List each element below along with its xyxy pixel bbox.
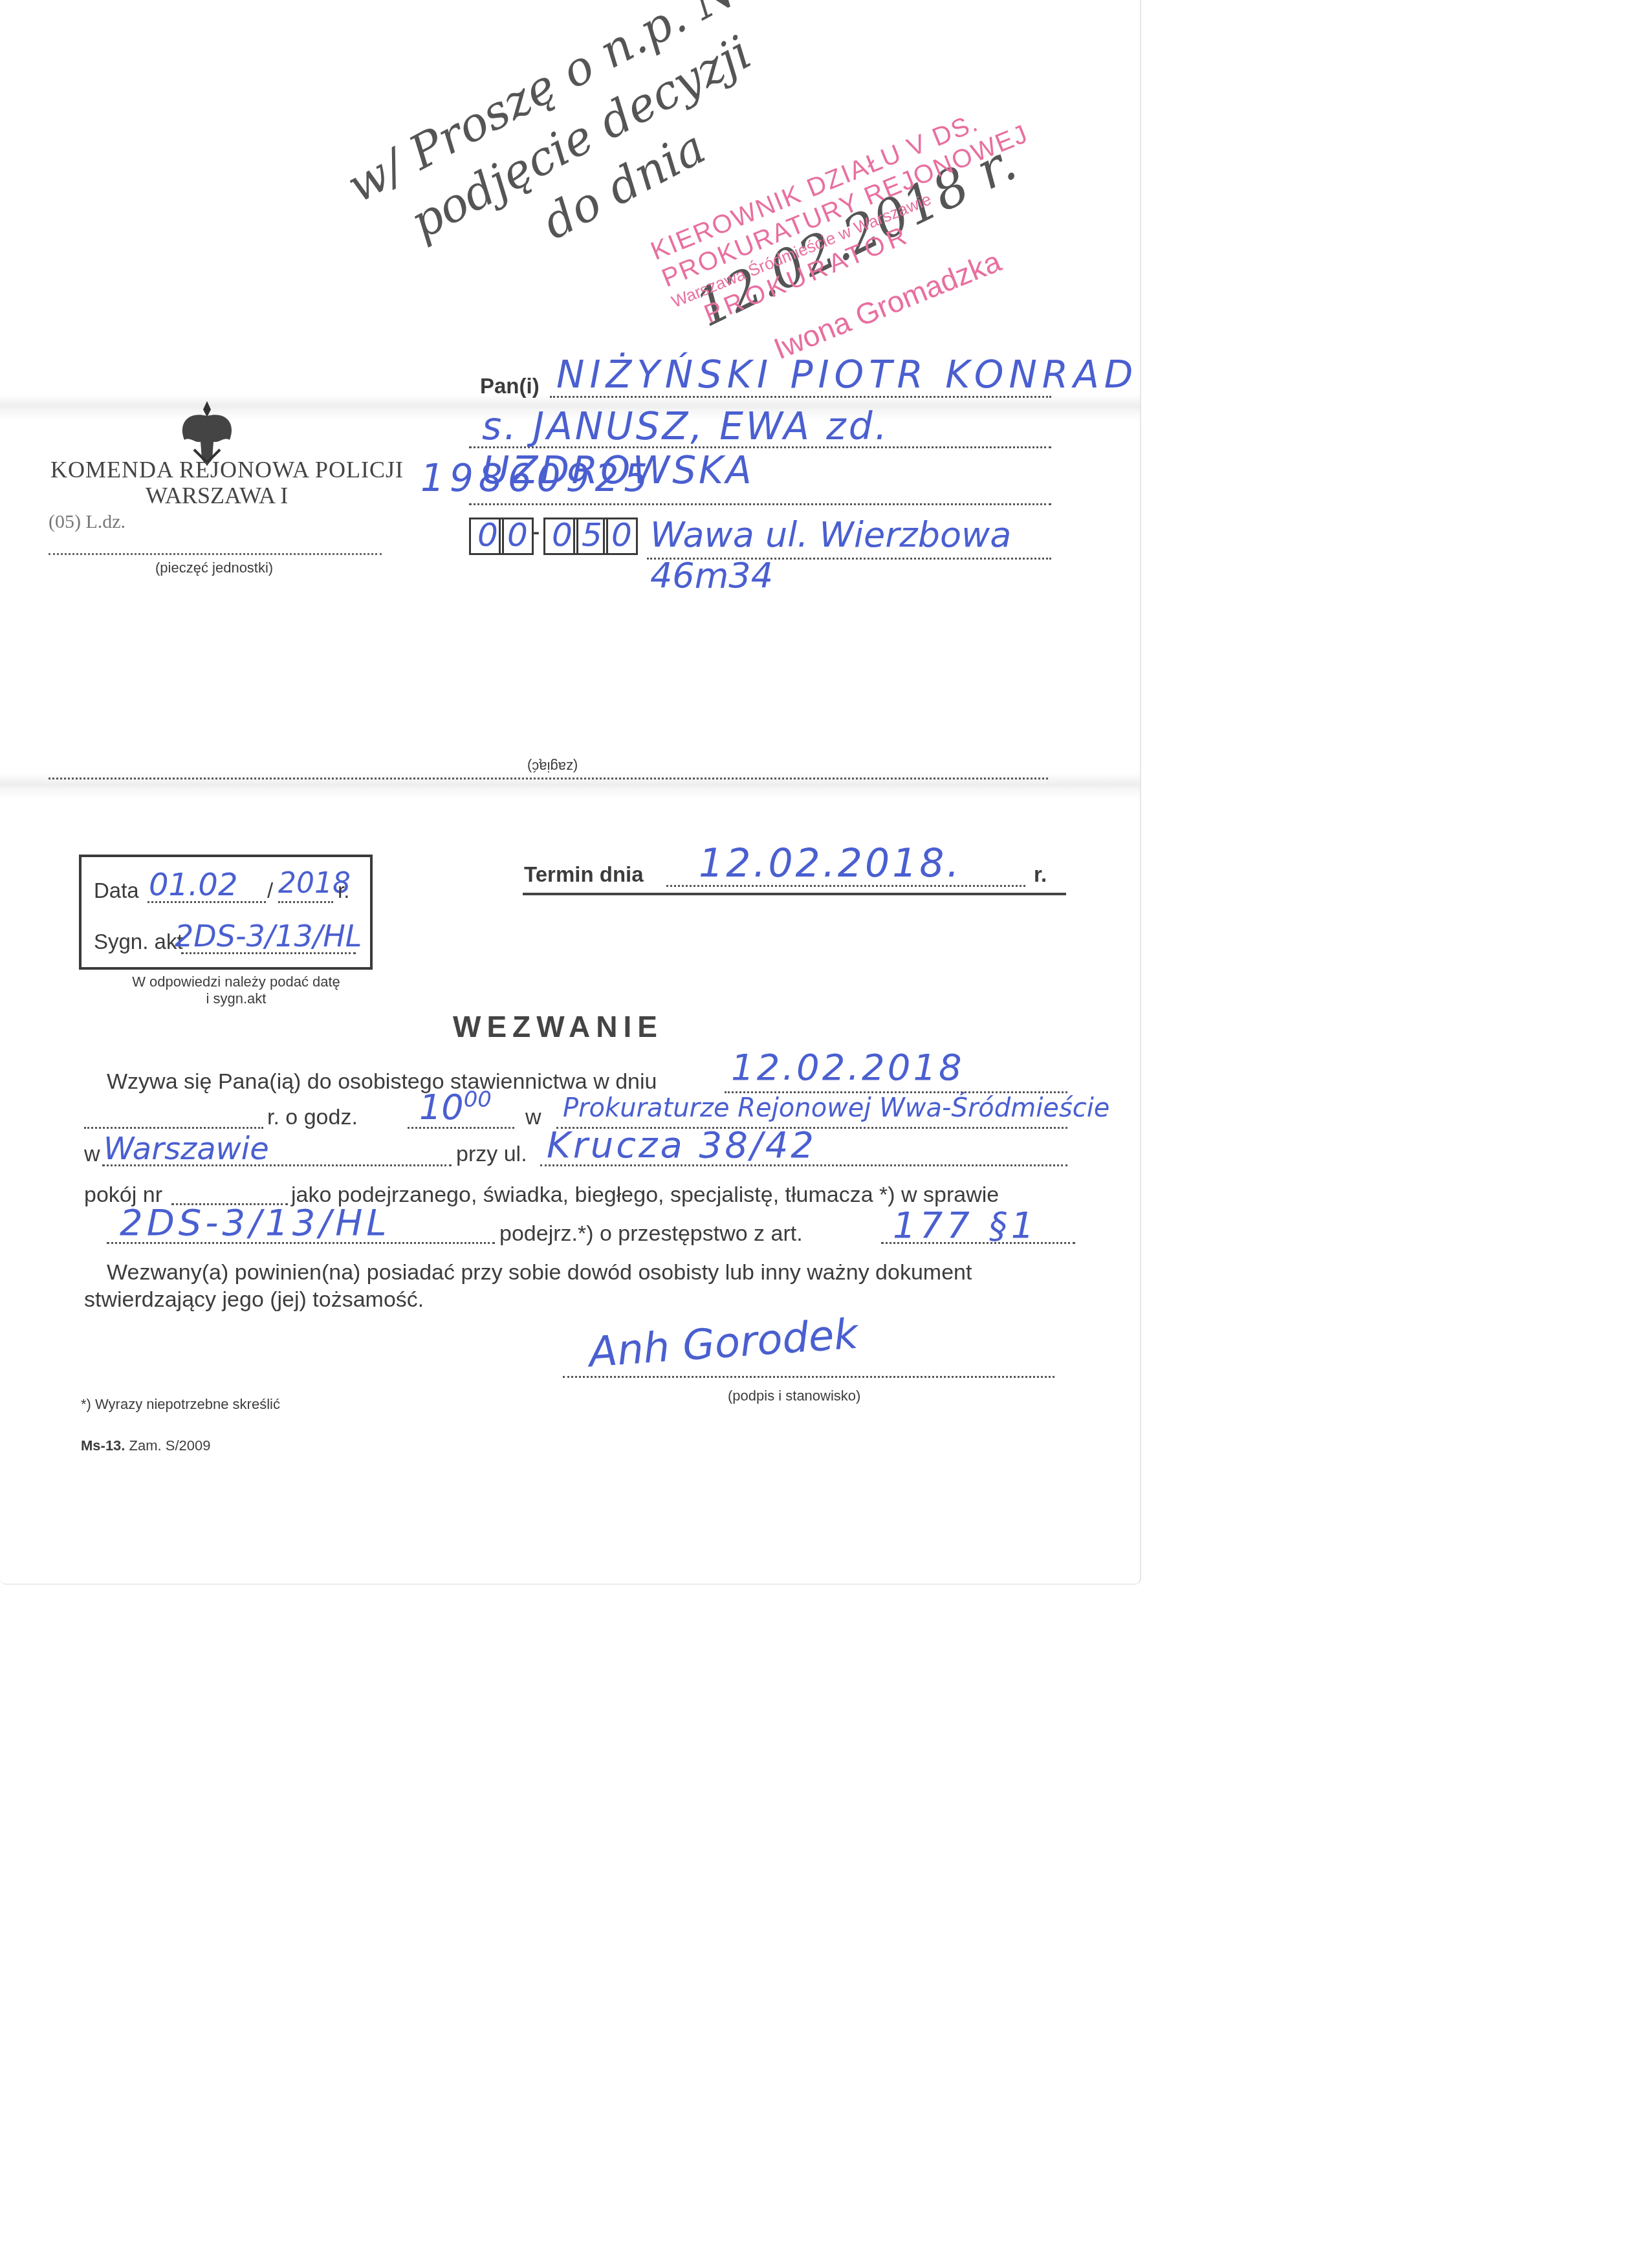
sygn-value: 2DS-3/13/HL bbox=[175, 919, 362, 954]
offence-text: podejrz.*) o przestępstwo z art. bbox=[499, 1221, 803, 1247]
addressee-line bbox=[469, 503, 1051, 505]
stamp-caption: (pieczęć jednostki) bbox=[155, 560, 273, 576]
summons-document: w/ Proszę o n.p. Niżyński podjęcie decyz… bbox=[0, 0, 1141, 1585]
fold-shadow bbox=[0, 773, 1140, 799]
termin-underline bbox=[523, 893, 1066, 895]
body-line2-dots bbox=[84, 1127, 263, 1129]
stamp-line bbox=[49, 553, 382, 555]
case-number: 2DS-3/13/HL bbox=[120, 1202, 390, 1244]
police-stamp-line3: (05) L.dz. bbox=[49, 511, 126, 533]
id-notice-line1: Wezwany(a) powinien(na) posiadać przy so… bbox=[107, 1260, 972, 1285]
fold-line bbox=[49, 778, 1048, 780]
page-title: WEZWANIE bbox=[453, 1009, 663, 1044]
termin-value: 12.02.2018. bbox=[699, 841, 962, 886]
sygn-label: Sygn. akt bbox=[94, 930, 183, 954]
footnote: *) Wyrazy niepotrzebne skreślić bbox=[81, 1396, 280, 1413]
termin-label: Termin dnia bbox=[524, 862, 644, 887]
appearance-street: Krucza 38/42 bbox=[547, 1124, 816, 1166]
id-notice-line2: stwierdzający jego (jej) tożsamość. bbox=[84, 1287, 424, 1313]
year-line bbox=[278, 901, 333, 903]
addressee-name: NIŻYŃSKI PIOTR KONRAD bbox=[556, 353, 1139, 397]
signature: Anh Gorodek bbox=[587, 1311, 860, 1377]
appearance-date: 12.02.2018 bbox=[731, 1047, 965, 1089]
w-label: w bbox=[525, 1105, 541, 1130]
body-line1-text: Wzywa się Pana(ią) do osobistego stawien… bbox=[107, 1069, 657, 1095]
addressee-address: Wawa ul. Wierzbowa 46m34 bbox=[650, 514, 1140, 596]
date-label: Data bbox=[94, 878, 139, 903]
appearance-city: Warszawie bbox=[104, 1131, 269, 1167]
police-stamp-line2: WARSZAWA I bbox=[146, 482, 288, 509]
termin-r: r. bbox=[1034, 862, 1047, 887]
article-number: 177 §1 bbox=[893, 1205, 1038, 1247]
date-value: 01.02 bbox=[149, 867, 237, 903]
signature-caption: (podpis i stanowisko) bbox=[728, 1388, 860, 1404]
r-o-godz-label: r. o godz. bbox=[267, 1105, 358, 1130]
date-box-note: W odpowiedzi należy podać datę i sygn.ak… bbox=[107, 974, 366, 1007]
form-code: Ms-13. Zam. S/2009 bbox=[81, 1437, 211, 1454]
fold-caption: (zagiąć) bbox=[527, 758, 578, 775]
appearance-hour: 1000 bbox=[419, 1087, 492, 1128]
addressee-birth: 19860925 bbox=[420, 456, 653, 500]
police-stamp-line1: KOMENDA REJONOWA POLICJI bbox=[50, 456, 404, 483]
date-slash: / bbox=[267, 878, 273, 903]
w-city-label: w bbox=[84, 1142, 100, 1167]
addressee-label: Pan(i) bbox=[480, 374, 540, 398]
signature-line bbox=[563, 1376, 1054, 1378]
date-r: r. bbox=[338, 878, 349, 903]
street-label: przy ul. bbox=[456, 1142, 527, 1167]
postal-code: 00050 bbox=[477, 516, 641, 554]
appearance-place: Prokuraturze Rejonowej Wwa-Śródmieście bbox=[563, 1093, 1109, 1123]
